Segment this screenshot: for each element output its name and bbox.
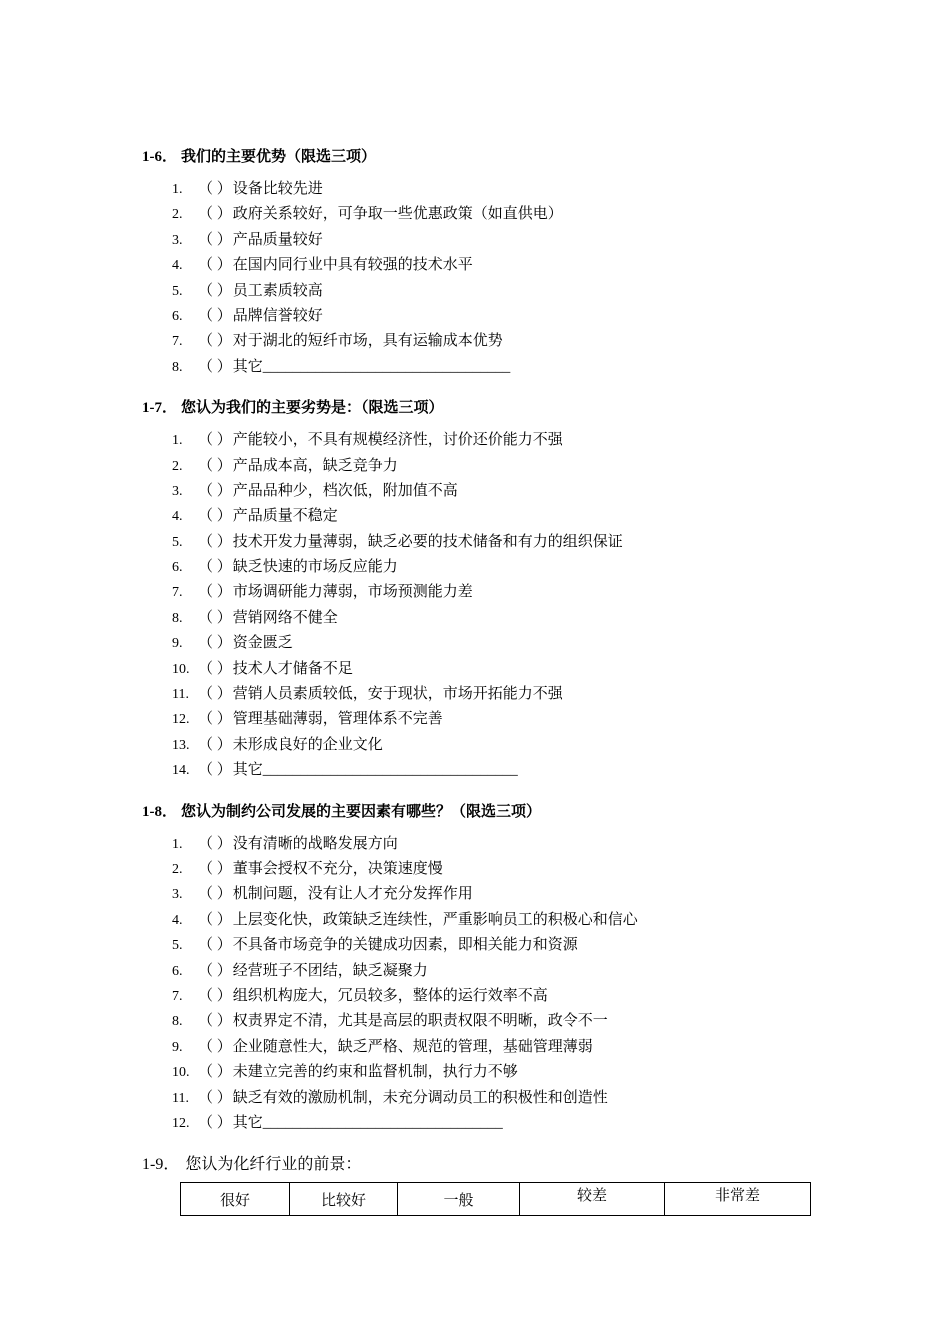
checkbox-parens[interactable]: （ ）: [198, 559, 232, 575]
option-item: 11.（ ）营销人员素质较低，安于现状，市场开拓能力不强: [172, 682, 902, 707]
checkbox-parens[interactable]: （ ）: [198, 1064, 232, 1080]
option-item: 3.（ ）产品质量较好: [172, 228, 902, 253]
option-label: 产能较小，不具有规模经济性，讨价还价能力不强: [233, 432, 563, 448]
option-label: 政府关系较好，可争取一些优惠政策（如直供电）: [233, 206, 563, 222]
checkbox-parens[interactable]: （ ）: [198, 610, 232, 626]
checkbox-parens[interactable]: （ ）: [198, 1013, 232, 1029]
checkbox-parens[interactable]: （ ）: [198, 534, 232, 550]
question-title-text: 您认为制约公司发展的主要因素有哪些？（限选三项）: [181, 804, 541, 820]
option-item: 4.（ ）上层变化快，政策缺乏连续性，严重影响员工的积极心和信心: [172, 908, 902, 933]
checkbox-parens[interactable]: （ ）: [198, 886, 232, 902]
option-number: 8.: [172, 355, 198, 380]
checkbox-parens[interactable]: （ ）: [198, 861, 232, 877]
checkbox-parens[interactable]: （ ）: [198, 988, 232, 1004]
option-number: 9.: [172, 1035, 198, 1060]
option-item: 14.（ ）其它________________________________…: [172, 758, 902, 783]
option-item: 7.（ ）对于湖北的短纤市场，具有运输成本优势: [172, 329, 902, 354]
option-label: 设备比较先进: [233, 181, 323, 197]
option-number: 7.: [172, 580, 198, 605]
option-item: 5.（ ）员工素质较高: [172, 279, 902, 304]
option-number: 10.: [172, 1060, 198, 1085]
option-number: 12.: [172, 1111, 198, 1136]
option-item: 10.（ ）未建立完善的约束和监督机制，执行力不够: [172, 1060, 902, 1085]
option-number: 8.: [172, 1009, 198, 1034]
option-number: 3.: [172, 882, 198, 907]
option-label: 未建立完善的约束和监督机制，执行力不够: [233, 1064, 518, 1080]
option-number: 4.: [172, 253, 198, 278]
option-item: 7.（ ）市场调研能力薄弱，市场预测能力差: [172, 580, 902, 605]
option-number: 7.: [172, 329, 198, 354]
checkbox-parens[interactable]: （ ）: [198, 584, 232, 600]
option-number: 4.: [172, 908, 198, 933]
question-1-6-options: 1.（ ）设备比较先进 2.（ ）政府关系较好，可争取一些优惠政策（如直供电） …: [172, 177, 902, 380]
prospect-rating-table: 很好 比较好 一般 较差 非常差: [180, 1182, 811, 1216]
option-item: 2.（ ）政府关系较好，可争取一些优惠政策（如直供电）: [172, 202, 902, 227]
question-1-9-title: 1-9．您认为化纤行业的前景：: [142, 1154, 902, 1176]
prospect-rating-row: 很好 比较好 一般 较差 非常差: [181, 1183, 811, 1216]
option-number: 1.: [172, 428, 198, 453]
option-label: 品牌信誉较好: [233, 308, 323, 324]
option-item: 4.（ ）产品质量不稳定: [172, 504, 902, 529]
question-1-8-options: 1.（ ）没有清晰的战略发展方向 2.（ ）董事会授权不充分，决策速度慢 3.（…: [172, 832, 902, 1137]
option-label: 技术人才储备不足: [233, 661, 353, 677]
option-item: 3.（ ）产品品种少，档次低，附加值不高: [172, 479, 902, 504]
option-number: 3.: [172, 228, 198, 253]
checkbox-parens[interactable]: （ ）: [198, 1039, 232, 1055]
option-label: 权责界定不清，尤其是高层的职责权限不明晰，政令不一: [233, 1013, 608, 1029]
option-label: 产品质量较好: [233, 232, 323, 248]
checkbox-parens[interactable]: （ ）: [198, 937, 232, 953]
option-item: 6.（ ）缺乏快速的市场反应能力: [172, 555, 902, 580]
question-1-8: 1-8．您认为制约公司发展的主要因素有哪些？（限选三项） 1.（ ）没有清晰的战…: [142, 802, 902, 1137]
option-label: 资金匮乏: [233, 635, 293, 651]
option-number: 6.: [172, 959, 198, 984]
option-number: 1.: [172, 832, 198, 857]
option-number: 8.: [172, 606, 198, 631]
checkbox-parens[interactable]: （ ）: [198, 232, 232, 248]
checkbox-parens[interactable]: （ ）: [198, 432, 232, 448]
option-item: 5.（ ）不具备市场竞争的关键成功因素，即相关能力和资源: [172, 933, 902, 958]
checkbox-parens[interactable]: （ ）: [198, 483, 232, 499]
checkbox-parens[interactable]: （ ）: [198, 711, 232, 727]
option-number: 6.: [172, 304, 198, 329]
option-label: 董事会授权不充分，决策速度慢: [233, 861, 443, 877]
checkbox-parens[interactable]: （ ）: [198, 635, 232, 651]
option-label: 机制问题，没有让人才充分发挥作用: [233, 886, 473, 902]
checkbox-parens[interactable]: （ ）: [198, 912, 232, 928]
option-label: 组织机构庞大，冗员较多，整体的运行效率不高: [233, 988, 548, 1004]
option-item: 10.（ ）技术人才储备不足: [172, 657, 902, 682]
checkbox-parens[interactable]: （ ）: [198, 1090, 232, 1106]
option-label: 未形成良好的企业文化: [233, 737, 383, 753]
option-number: 2.: [172, 857, 198, 882]
option-label: 其它_________________________________: [233, 359, 511, 375]
option-label: 经营班子不团结，缺乏凝聚力: [233, 963, 428, 979]
option-label: 产品品种少，档次低，附加值不高: [233, 483, 458, 499]
checkbox-parens[interactable]: （ ）: [198, 206, 232, 222]
option-item: 1.（ ）设备比较先进: [172, 177, 902, 202]
question-1-7-title: 1-7．您认为我们的主要劣势是：（限选三项）: [142, 398, 902, 418]
checkbox-parens[interactable]: （ ）: [198, 836, 232, 852]
option-number: 13.: [172, 733, 198, 758]
option-number: 1.: [172, 177, 198, 202]
option-label: 产品成本高，缺乏竞争力: [233, 458, 398, 474]
option-item: 8.（ ）其它_________________________________: [172, 355, 902, 380]
checkbox-parens[interactable]: （ ）: [198, 458, 232, 474]
question-1-6-title: 1-6．我们的主要优势（限选三项）: [142, 147, 902, 167]
option-item: 13.（ ）未形成良好的企业文化: [172, 733, 902, 758]
question-number: 1-9．: [142, 1154, 179, 1176]
question-1-9: 1-9．您认为化纤行业的前景： 很好 比较好 一般 较差 非常差: [142, 1154, 902, 1216]
option-label: 没有清晰的战略发展方向: [233, 836, 398, 852]
option-number: 5.: [172, 530, 198, 555]
option-item: 9.（ ）企业随意性大，缺乏严格、规范的管理，基础管理薄弱: [172, 1035, 902, 1060]
option-number: 5.: [172, 933, 198, 958]
option-label: 不具备市场竞争的关键成功因素，即相关能力和资源: [233, 937, 578, 953]
checkbox-parens[interactable]: （ ）: [198, 686, 232, 702]
rating-cell-very-good[interactable]: 很好: [181, 1183, 290, 1216]
option-number: 5.: [172, 279, 198, 304]
option-number: 4.: [172, 504, 198, 529]
option-item: 3.（ ）机制问题，没有让人才充分发挥作用: [172, 882, 902, 907]
rating-cell-poor[interactable]: 较差: [520, 1183, 665, 1216]
document-content: 1-6．我们的主要优势（限选三项） 1.（ ）设备比较先进 2.（ ）政府关系较…: [142, 147, 902, 1216]
checkbox-parens[interactable]: （ ）: [198, 257, 232, 273]
option-item: 8.（ ）权责界定不清，尤其是高层的职责权限不明晰，政令不一: [172, 1009, 902, 1034]
option-item: 5.（ ）技术开发力量薄弱，缺乏必要的技术储备和有力的组织保证: [172, 530, 902, 555]
checkbox-parens[interactable]: （ ）: [198, 661, 232, 677]
question-1-8-title: 1-8．您认为制约公司发展的主要因素有哪些？（限选三项）: [142, 802, 902, 822]
checkbox-parens[interactable]: （ ）: [198, 737, 232, 753]
checkbox-parens[interactable]: （ ）: [198, 308, 232, 324]
option-number: 11.: [172, 1086, 198, 1111]
option-item: 7.（ ）组织机构庞大，冗员较多，整体的运行效率不高: [172, 984, 902, 1009]
checkbox-parens[interactable]: （ ）: [198, 333, 232, 349]
option-label: 对于湖北的短纤市场，具有运输成本优势: [233, 333, 503, 349]
option-label: 在国内同行业中具有较强的技术水平: [233, 257, 473, 273]
option-item: 8.（ ）营销网络不健全: [172, 606, 902, 631]
rating-cell-average[interactable]: 一般: [398, 1183, 520, 1216]
rating-cell-very-poor[interactable]: 非常差: [665, 1183, 811, 1216]
option-label: 市场调研能力薄弱，市场预测能力差: [233, 584, 473, 600]
question-title-text: 我们的主要优势（限选三项）: [181, 149, 376, 165]
option-number: 7.: [172, 984, 198, 1009]
question-1-6: 1-6．我们的主要优势（限选三项） 1.（ ）设备比较先进 2.（ ）政府关系较…: [142, 147, 902, 380]
option-number: 12.: [172, 707, 198, 732]
option-label: 缺乏有效的激励机制，未充分调动员工的积极性和创造性: [233, 1090, 608, 1106]
checkbox-parens[interactable]: （ ）: [198, 762, 232, 778]
option-item: 1.（ ）没有清晰的战略发展方向: [172, 832, 902, 857]
question-number: 1-7．: [142, 398, 177, 418]
checkbox-parens[interactable]: （ ）: [198, 1115, 232, 1131]
question-1-7-options: 1.（ ）产能较小，不具有规模经济性，讨价还价能力不强 2.（ ）产品成本高，缺…: [172, 428, 902, 783]
question-number: 1-6．: [142, 147, 177, 167]
option-label: 技术开发力量薄弱，缺乏必要的技术储备和有力的组织保证: [233, 534, 623, 550]
rating-cell-fairly-good[interactable]: 比较好: [290, 1183, 398, 1216]
option-number: 14.: [172, 758, 198, 783]
option-item: 2.（ ）产品成本高，缺乏竞争力: [172, 454, 902, 479]
option-item: 4.（ ）在国内同行业中具有较强的技术水平: [172, 253, 902, 278]
checkbox-parens[interactable]: （ ）: [198, 508, 232, 524]
option-item: 6.（ ）经营班子不团结，缺乏凝聚力: [172, 959, 902, 984]
option-number: 2.: [172, 202, 198, 227]
option-label: 其它__________________________________: [233, 762, 518, 778]
checkbox-parens[interactable]: （ ）: [198, 181, 232, 197]
question-title-text: 您认为我们的主要劣势是：（限选三项）: [181, 400, 444, 416]
option-label: 营销人员素质较低，安于现状，市场开拓能力不强: [233, 686, 563, 702]
option-label: 缺乏快速的市场反应能力: [233, 559, 398, 575]
checkbox-parens[interactable]: （ ）: [198, 963, 232, 979]
option-label: 企业随意性大，缺乏严格、规范的管理，基础管理薄弱: [233, 1039, 593, 1055]
document-page: 1-6．我们的主要优势（限选三项） 1.（ ）设备比较先进 2.（ ）政府关系较…: [0, 0, 950, 1344]
option-number: 2.: [172, 454, 198, 479]
option-number: 6.: [172, 555, 198, 580]
option-item: 12.（ ）其它________________________________: [172, 1111, 902, 1136]
option-number: 3.: [172, 479, 198, 504]
option-item: 11.（ ）缺乏有效的激励机制，未充分调动员工的积极性和创造性: [172, 1086, 902, 1111]
option-label: 上层变化快，政策缺乏连续性，严重影响员工的积极心和信心: [233, 912, 638, 928]
option-label: 管理基础薄弱，管理体系不完善: [233, 711, 443, 727]
question-title-text: 您认为化纤行业的前景：: [185, 1156, 361, 1173]
option-item: 1.（ ）产能较小，不具有规模经济性，讨价还价能力不强: [172, 428, 902, 453]
question-1-7: 1-7．您认为我们的主要劣势是：（限选三项） 1.（ ）产能较小，不具有规模经济…: [142, 398, 902, 783]
option-item: 2.（ ）董事会授权不充分，决策速度慢: [172, 857, 902, 882]
option-label: 员工素质较高: [233, 283, 323, 299]
question-number: 1-8．: [142, 802, 177, 822]
option-label: 产品质量不稳定: [233, 508, 338, 524]
checkbox-parens[interactable]: （ ）: [198, 359, 232, 375]
option-label: 营销网络不健全: [233, 610, 338, 626]
option-number: 9.: [172, 631, 198, 656]
option-number: 11.: [172, 682, 198, 707]
option-item: 9.（ ）资金匮乏: [172, 631, 902, 656]
option-label: 其它________________________________: [233, 1115, 503, 1131]
option-item: 12.（ ）管理基础薄弱，管理体系不完善: [172, 707, 902, 732]
option-item: 6.（ ）品牌信誉较好: [172, 304, 902, 329]
checkbox-parens[interactable]: （ ）: [198, 283, 232, 299]
option-number: 10.: [172, 657, 198, 682]
